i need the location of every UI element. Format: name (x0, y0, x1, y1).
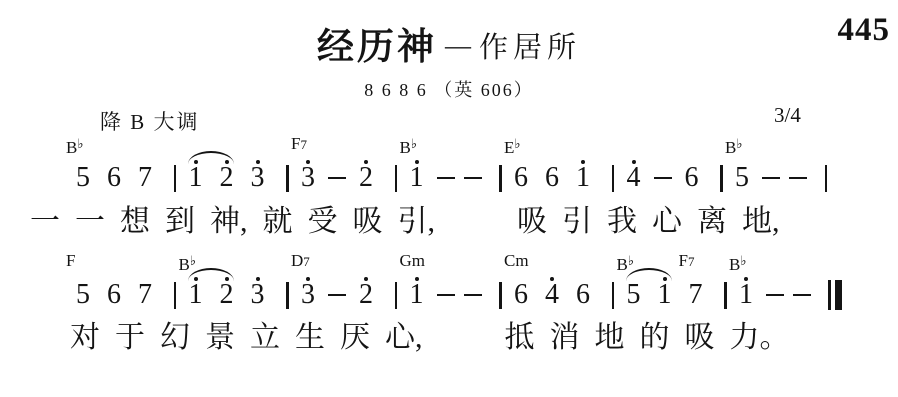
octave-dot (632, 160, 636, 164)
music-line-2: 5F671B♭233D721Gm6Cm465B♭17F71B♭ (72, 280, 842, 310)
lyric-syllable: 吸 (685, 320, 715, 356)
flat-sign: ♭ (190, 253, 196, 268)
chord-label: F7 (679, 252, 695, 270)
note-dash (789, 177, 807, 180)
key-label: 降 B 大调 (100, 106, 200, 136)
note-dash (437, 294, 455, 297)
barline (499, 282, 502, 309)
note: 1 (185, 163, 207, 193)
barline (395, 282, 398, 309)
note-dash (793, 294, 811, 297)
octave-dot (364, 277, 368, 281)
note: 6 (572, 280, 594, 310)
chord-label: F (66, 252, 75, 269)
lyric-syllable: 立 (250, 320, 280, 356)
lyric-syllable: 景 (205, 320, 235, 356)
lyric-syllable: 幻 (160, 320, 190, 356)
chord-label: D7 (291, 252, 310, 270)
note: 1B♭ (185, 280, 207, 310)
note-dash (328, 294, 346, 297)
lyric-syllable: 引 (562, 204, 592, 240)
barline (499, 165, 502, 192)
final-bar-thick (835, 280, 842, 310)
chord-label: B♭ (725, 135, 742, 156)
lyric-syllable: 受 (308, 204, 338, 240)
note-dash (464, 177, 482, 180)
lyrics-line-2: 对于幻景立生厌心,抵消地的吸力。 (70, 320, 805, 356)
barline (720, 165, 723, 192)
chord-label: B♭ (66, 135, 83, 156)
note: 1 (654, 280, 676, 310)
lyric-syllable: 一 (30, 204, 60, 240)
chord-label: F7 (291, 135, 307, 153)
note: 4 (541, 280, 563, 310)
octave-dot (581, 160, 585, 164)
octave-dot (225, 277, 229, 281)
octave-dot (306, 277, 310, 281)
note: 6 (103, 280, 125, 310)
note: 3 (247, 280, 269, 310)
music-line-1: 5B♭671233F721B♭6E♭61465B♭ (72, 163, 836, 193)
octave-dot (364, 160, 368, 164)
barline (395, 165, 398, 192)
note: 7F7 (685, 280, 707, 310)
lyric-syllable: 吸 (353, 204, 383, 240)
lyric-syllable: 消 (550, 320, 580, 356)
lyric-syllable: 抵 (505, 320, 535, 356)
octave-dot (744, 277, 748, 281)
note: 6 (103, 163, 125, 193)
octave-dot (306, 160, 310, 164)
title-subtitle: 作居所 (479, 32, 581, 64)
chord-label: B♭ (617, 252, 634, 273)
title: 经历神—作居所 (0, 16, 898, 70)
note: 7 (134, 280, 156, 310)
lyric-syllable: 的 (640, 320, 670, 356)
note: 4 (623, 163, 645, 193)
lyric-syllable: 厌 (340, 320, 370, 356)
final-barline (828, 280, 842, 310)
note-dash (654, 177, 672, 180)
final-bar-thin (828, 280, 831, 310)
lyric-syllable: 神, (210, 204, 248, 240)
flat-sign: ♭ (77, 136, 83, 151)
note-dash (437, 177, 455, 180)
lyric-syllable: 力。 (730, 320, 790, 356)
lyric-syllable: 心 (652, 204, 682, 240)
barline (612, 165, 615, 192)
lyric-syllable: 到 (165, 204, 195, 240)
chord-label: B♭ (179, 252, 196, 273)
time-signature: 3/4 (774, 103, 801, 128)
note: 1B♭ (735, 280, 757, 310)
note: 2 (355, 163, 377, 193)
chord-label: B♭ (400, 135, 417, 156)
lyrics-line-1: 一一想到神,就受吸引,吸引我心离地, (30, 204, 795, 240)
title-main: 经历神 (317, 26, 437, 67)
note: 5B♭ (731, 163, 753, 193)
octave-dot (225, 160, 229, 164)
note: 3 (247, 163, 269, 193)
chord-label: B♭ (729, 252, 746, 273)
barline (174, 282, 177, 309)
lyric-syllable: 就 (263, 204, 293, 240)
lyric-syllable: 离 (697, 204, 727, 240)
flat-sign: ♭ (628, 253, 634, 268)
note: 1Gm (406, 280, 428, 310)
barline (286, 165, 289, 192)
lyric-syllable: 我 (607, 204, 637, 240)
flat-sign: ♭ (736, 136, 742, 151)
flat-sign: ♭ (411, 136, 417, 151)
barline (612, 282, 615, 309)
note: 1B♭ (406, 163, 428, 193)
note: 2 (216, 280, 238, 310)
chord-label: E♭ (504, 135, 521, 156)
barline (174, 165, 177, 192)
octave-dot (550, 277, 554, 281)
lyric-syllable: 吸 (517, 204, 547, 240)
note-dash (762, 177, 780, 180)
octave-dot (415, 277, 419, 281)
meter-line: 8 6 8 6 （英 606） (0, 76, 898, 102)
title-dash: — (445, 31, 471, 60)
lyric-syllable: 引, (398, 204, 436, 240)
note: 5B♭ (72, 163, 94, 193)
lyric-syllable: 地, (742, 204, 780, 240)
note-dash (464, 294, 482, 297)
chord-label: Cm (504, 252, 529, 269)
lyric-syllable: 一 (75, 204, 105, 240)
octave-dot (256, 160, 260, 164)
note: 5B♭ (623, 280, 645, 310)
barline (724, 282, 727, 309)
note: 2 (216, 163, 238, 193)
lyric-syllable: 想 (120, 204, 150, 240)
note: 7 (134, 163, 156, 193)
octave-dot (415, 160, 419, 164)
note: 6 (681, 163, 703, 193)
lyric-syllable: 生 (295, 320, 325, 356)
note: 1 (572, 163, 594, 193)
flat-sign: ♭ (740, 253, 746, 268)
lyric-syllable: 地 (595, 320, 625, 356)
note: 3F7 (297, 163, 319, 193)
barline (286, 282, 289, 309)
lyric-syllable: 对 (70, 320, 100, 356)
hymn-page: 445 经历神—作居所 8 6 8 6 （英 606） 降 B 大调 3/4 5… (0, 0, 898, 397)
note: 6E♭ (510, 163, 532, 193)
lyric-syllable: 心, (385, 320, 423, 356)
note: 3D7 (297, 280, 319, 310)
note-dash (328, 177, 346, 180)
chord-label: Gm (400, 252, 426, 269)
lyric-syllable: 于 (115, 320, 145, 356)
note: 2 (355, 280, 377, 310)
note: 6Cm (510, 280, 532, 310)
flat-sign: ♭ (514, 136, 520, 151)
octave-dot (256, 277, 260, 281)
note: 6 (541, 163, 563, 193)
barline (825, 165, 828, 192)
note: 5F (72, 280, 94, 310)
octave-dot (663, 277, 667, 281)
note-dash (766, 294, 784, 297)
